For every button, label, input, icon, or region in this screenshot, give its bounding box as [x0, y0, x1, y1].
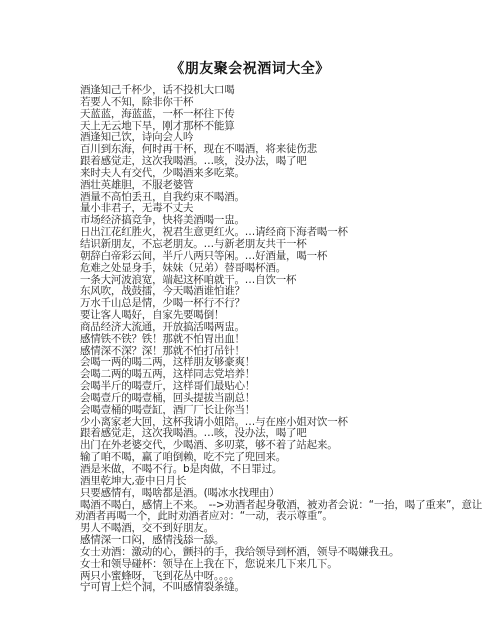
- text-line: 女士劝酒：激动的心，颤抖的手，我给领导到杯酒，领导不喝嫌我丑。: [80, 547, 480, 559]
- text-line: 朝辞白帝彩云间，半斤八两只等闲。…好酒量，喝一杯: [80, 251, 480, 263]
- text-line: 宁可胃上烂个洞，不叫感情裂条缝。: [80, 582, 480, 594]
- text-line: 会喝壹桶的喝壹缸，酒厂厂长让你当！: [80, 405, 480, 417]
- text-line: 危难之处显身手，妹妹（兄弟）替哥喝杯酒。: [80, 263, 480, 275]
- text-line: 酒壮英雄胆，不服老婆管: [80, 180, 480, 192]
- text-line: 会喝壹斤的喝壹桶，回头提拔当副总！: [80, 393, 480, 405]
- text-line: 感情铁不铁？铁！那就不怕胃出血！: [80, 334, 480, 346]
- text-line: 女士和领导碰杯：领导在上我在下，您说来几下来几下。: [80, 559, 480, 571]
- document-body: 酒逢知己千杯少，话不投机大口喝 若要人不知，除非你干杯 天蓝蓝，海蓝蓝，一杯一杯…: [80, 85, 480, 594]
- text-line: 只要感情有，喝啥都是酒。(喝冰水找理由）: [80, 488, 480, 500]
- text-line: 酒里乾坤大,壶中日月长: [80, 476, 480, 488]
- text-line: 若要人不知，除非你干杯: [80, 97, 480, 109]
- text-line: 商品经济大流通，开放搞活喝两盅。: [80, 322, 480, 334]
- text-line: 来时夫人有交代，少喝酒来多吃菜。: [80, 168, 480, 180]
- text-line: 天蓝蓝，海蓝蓝，一杯一杯往下传: [80, 109, 480, 121]
- document-title: 《朋友聚会祝酒词大全》: [0, 58, 500, 78]
